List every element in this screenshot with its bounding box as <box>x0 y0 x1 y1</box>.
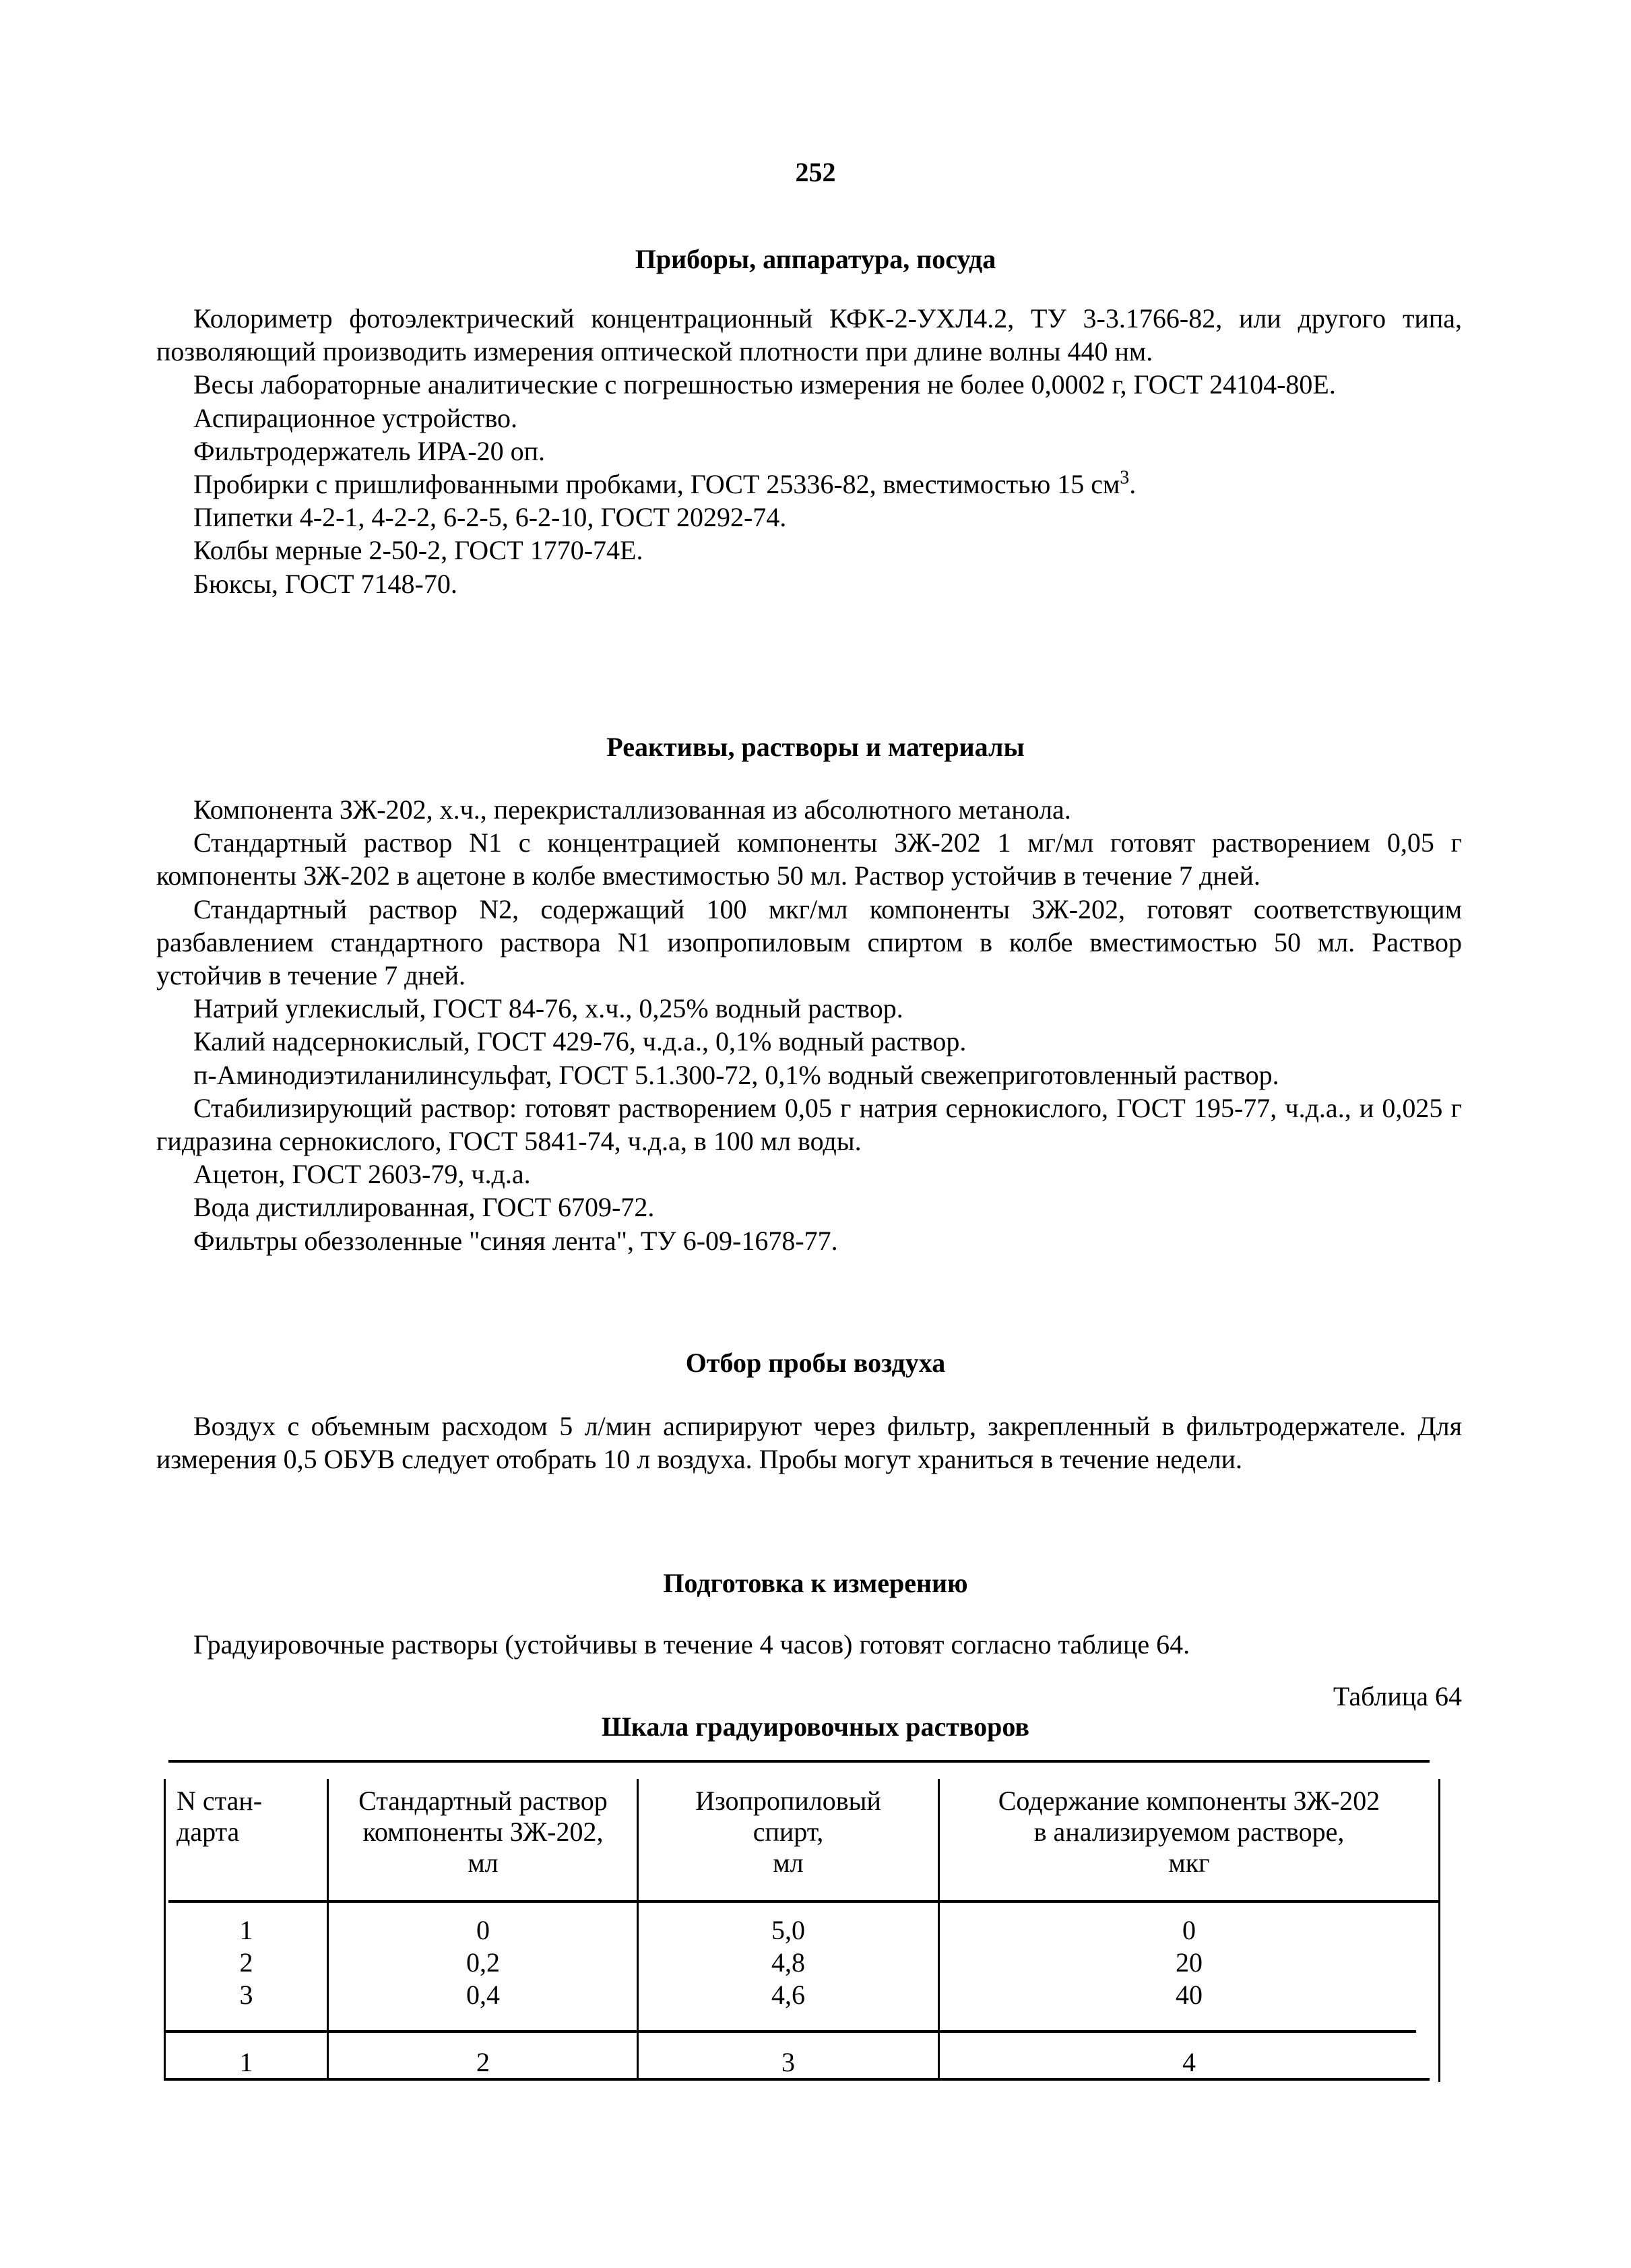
table-cell: 3 <box>166 1980 327 2011</box>
paragraph: Стандартный раствор N2, содержащий 100 м… <box>156 893 1462 993</box>
section-preparation-body: Градуировочные растворы (устойчивы в теч… <box>156 1628 1462 1661</box>
paragraph: Фильтродержатель ИРА-20 оп. <box>156 435 1462 468</box>
superscript: 3 <box>1120 468 1129 489</box>
header-line: дарта <box>177 1817 325 1848</box>
header-line: Стандартный раствор <box>329 1786 637 1817</box>
table-cell: 20 <box>940 1947 1438 1978</box>
table-cell: 1 <box>166 1915 327 1946</box>
table-col-divider <box>327 1779 329 2081</box>
paragraph: Пипетки 4-2-1, 4-2-2, 6-2-5, 6-2-10, ГОС… <box>156 501 1462 534</box>
section-reagents-body: Компонента ЗЖ-202, х.ч., перекристаллизо… <box>156 793 1462 1257</box>
table-cell: 0,2 <box>329 1947 637 1978</box>
table-cell: 5,0 <box>639 1915 938 1946</box>
header-line: в анализируемом растворе, <box>940 1817 1438 1848</box>
paragraph: п-Аминодиэтиланилинсульфат, ГОСТ 5.1.300… <box>156 1059 1462 1092</box>
table-cell: 4,8 <box>639 1947 938 1978</box>
paragraph: Компонента ЗЖ-202, х.ч., перекристаллизо… <box>156 793 1462 826</box>
table-top-rule <box>168 1760 1430 1763</box>
paragraph: Колориметр фотоэлектрический концентраци… <box>156 302 1462 368</box>
paragraph: Градуировочные растворы (устойчивы в теч… <box>156 1628 1462 1661</box>
paragraph: Бюксы, ГОСТ 7148-70. <box>156 567 1462 600</box>
paragraph: Ацетон, ГОСТ 2603-79, ч.д.а. <box>156 1158 1462 1191</box>
section-heading-air-sampling: Отбор пробы воздуха <box>0 1346 1631 1379</box>
header-line: N стан- <box>177 1786 325 1817</box>
header-line: Содержание компоненты ЗЖ-202 <box>940 1786 1438 1817</box>
page-number: 252 <box>0 156 1631 188</box>
paragraph-text: Пробирки с пришлифованными пробками, ГОС… <box>193 469 1120 499</box>
paragraph-test-tubes: Пробирки с пришлифованными пробками, ГОС… <box>156 468 1462 501</box>
table-title: Шкала градуировочных растворов <box>0 1711 1631 1742</box>
table-header-n-standard: N стан- дарта <box>177 1786 325 1848</box>
paragraph: Колбы мерные 2-50-2, ГОСТ 1770-74Е. <box>156 534 1462 567</box>
paragraph: Натрий углекислый, ГОСТ 84-76, х.ч., 0,2… <box>156 992 1462 1025</box>
table-bottom-rule <box>165 2078 1430 2081</box>
paragraph: Калий надсернокислый, ГОСТ 429-76, ч.д.а… <box>156 1025 1462 1058</box>
paragraph: Стандартный раствор N1 с концентрацией к… <box>156 826 1462 892</box>
table-body-rule <box>165 2030 1416 2033</box>
table-header-standard-solution: Стандартный раствор компоненты ЗЖ-202, м… <box>329 1786 637 1879</box>
header-line: Изопропиловый <box>639 1786 938 1817</box>
header-line: мл <box>329 1848 637 1879</box>
header-line: компоненты ЗЖ-202, <box>329 1817 637 1848</box>
paragraph: Фильтры обеззоленные "синяя лента", ТУ 6… <box>156 1224 1462 1257</box>
column-number: 2 <box>329 2047 637 2078</box>
paragraph: Весы лабораторные аналитические с погреш… <box>156 368 1462 401</box>
paragraph: Воздух с объемным расходом 5 л/мин аспир… <box>156 1410 1462 1476</box>
section-heading-instruments: Приборы, аппаратура, посуда <box>0 243 1631 276</box>
paragraph: Вода дистиллированная, ГОСТ 6709-72. <box>156 1191 1462 1224</box>
header-line: мкг <box>940 1848 1438 1879</box>
table-header-isopropyl: Изопропиловый спирт, мл <box>639 1786 938 1879</box>
section-heading-preparation: Подготовка к измерению <box>0 1567 1631 1600</box>
section-instruments-body: Колориметр фотоэлектрический концентраци… <box>156 302 1462 600</box>
table-cell: 0 <box>329 1915 637 1946</box>
header-line: мл <box>639 1848 938 1879</box>
column-number: 4 <box>940 2047 1438 2078</box>
table-label: Таблица 64 <box>1333 1680 1462 1712</box>
paragraph: Стабилизирующий раствор: готовят раствор… <box>156 1092 1462 1158</box>
table-border-right <box>1438 1779 1440 2082</box>
section-heading-reagents: Реактивы, растворы и материалы <box>0 730 1631 763</box>
table-header-content: Содержание компоненты ЗЖ-202 в анализиру… <box>940 1786 1438 1879</box>
column-number: 1 <box>166 2047 327 2078</box>
table-cell: 4,6 <box>639 1980 938 2011</box>
paragraph: Аспирационное устройство. <box>156 402 1462 435</box>
section-air-sampling-body: Воздух с объемным расходом 5 л/мин аспир… <box>156 1410 1462 1476</box>
column-number: 3 <box>639 2047 938 2078</box>
header-line: спирт, <box>639 1817 938 1848</box>
table-header-rule <box>168 1900 1440 1903</box>
table-cell: 0 <box>940 1915 1438 1946</box>
table-cell: 2 <box>166 1947 327 1978</box>
table-cell: 40 <box>940 1980 1438 2011</box>
paragraph-tail: . <box>1129 469 1136 499</box>
table-cell: 0,4 <box>329 1980 637 2011</box>
